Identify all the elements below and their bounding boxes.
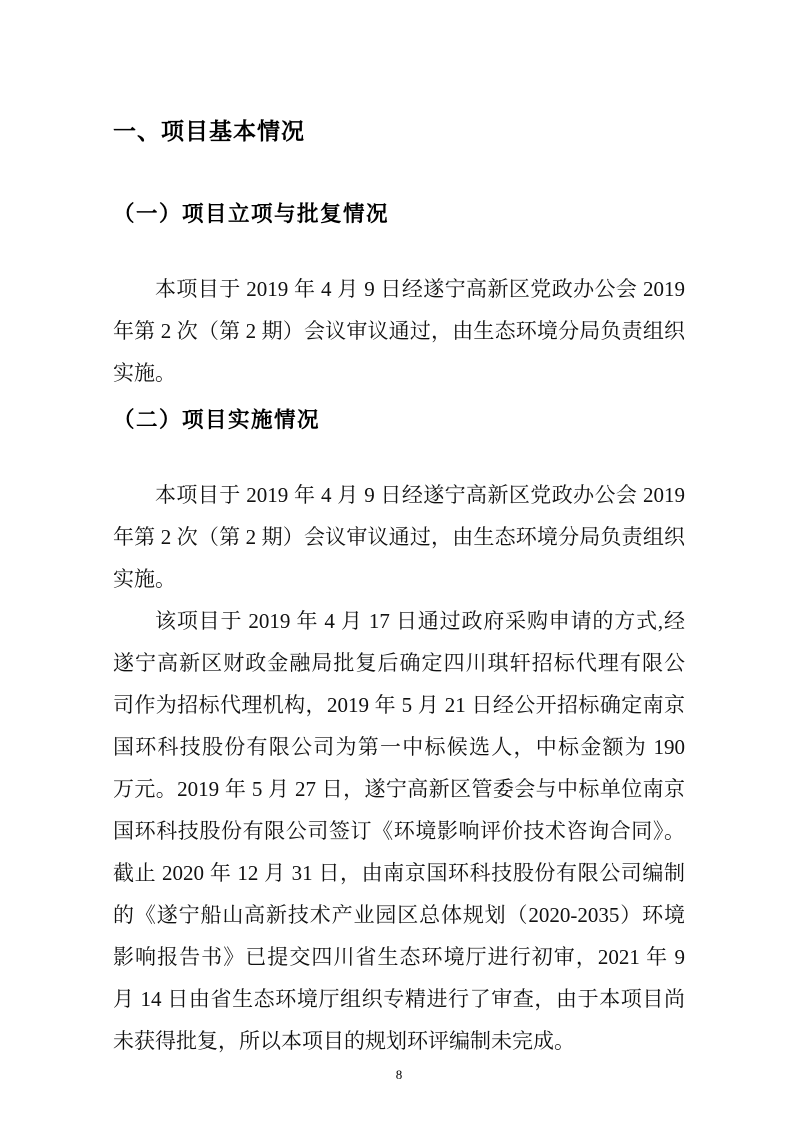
paragraph-line: 本项目于 2019 年 4 月 9 日经遂宁高新区党政办公会 2019 [113,474,685,516]
paragraph: 本项目于 2019 年 4 月 9 日经遂宁高新区党政办公会 2019 年第 2… [113,268,685,394]
document-page: 一、项目基本情况 （一）项目立项与批复情况 本项目于 2019 年 4 月 9 … [0,0,793,1122]
paragraph: 本项目于 2019 年 4 月 9 日经遂宁高新区党政办公会 2019 年第 2… [113,474,685,600]
paragraph-line: 年第 2 次（第 2 期）会议审议通过，由生态环境分局负责组织 [113,310,685,352]
page-number: 8 [396,1067,403,1082]
paragraph: 该项目于 2019 年 4 月 17 日通过政府采购申请的方式,经 遂宁高新区财… [113,600,685,1062]
paragraph-line: 遂宁高新区财政金融局批复后确定四川琪轩招标代理有限公 [113,642,685,684]
section-1-heading: （一）项目立项与批复情况 [113,200,685,228]
paragraph-line: 影响报告书》已提交四川省生态环境厅进行初审，2021 年 9 [113,936,685,978]
paragraph-line: 实施。 [113,352,685,394]
paragraph-line: 截止 2020 年 12 月 31 日，由南京国环科技股份有限公司编制 [113,852,685,894]
page-footer: 8 [113,1066,685,1084]
chapter-heading: 一、项目基本情况 [113,118,685,146]
paragraph-line: 万元。2019 年 5 月 27 日，遂宁高新区管委会与中标单位南京 [113,768,685,810]
section-1: （一）项目立项与批复情况 本项目于 2019 年 4 月 9 日经遂宁高新区党政… [113,200,685,394]
paragraph-line: 国环科技股份有限公司签订《环境影响评价技术咨询合同》。 [113,810,685,852]
paragraph-line: 未获得批复，所以本项目的规划环评编制未完成。 [113,1020,685,1062]
paragraph-line: 司作为招标代理机构，2019 年 5 月 21 日经公开招标确定南京 [113,684,685,726]
paragraph-line: 月 14 日由省生态环境厅组织专精进行了审查，由于本项目尚 [113,978,685,1020]
paragraph-line: 的《遂宁船山高新技术产业园区总体规划（2020-2035）环境 [113,894,685,936]
paragraph-line: 国环科技股份有限公司为第一中标候选人，中标金额为 190 [113,726,685,768]
paragraph-line: 实施。 [113,558,685,600]
paragraph-line: 本项目于 2019 年 4 月 9 日经遂宁高新区党政办公会 2019 [113,268,685,310]
paragraph-line: 年第 2 次（第 2 期）会议审议通过，由生态环境分局负责组织 [113,516,685,558]
section-2-heading: （二）项目实施情况 [113,406,685,434]
section-2: （二）项目实施情况 本项目于 2019 年 4 月 9 日经遂宁高新区党政办公会… [113,406,685,1062]
paragraph-line: 该项目于 2019 年 4 月 17 日通过政府采购申请的方式,经 [113,600,685,642]
